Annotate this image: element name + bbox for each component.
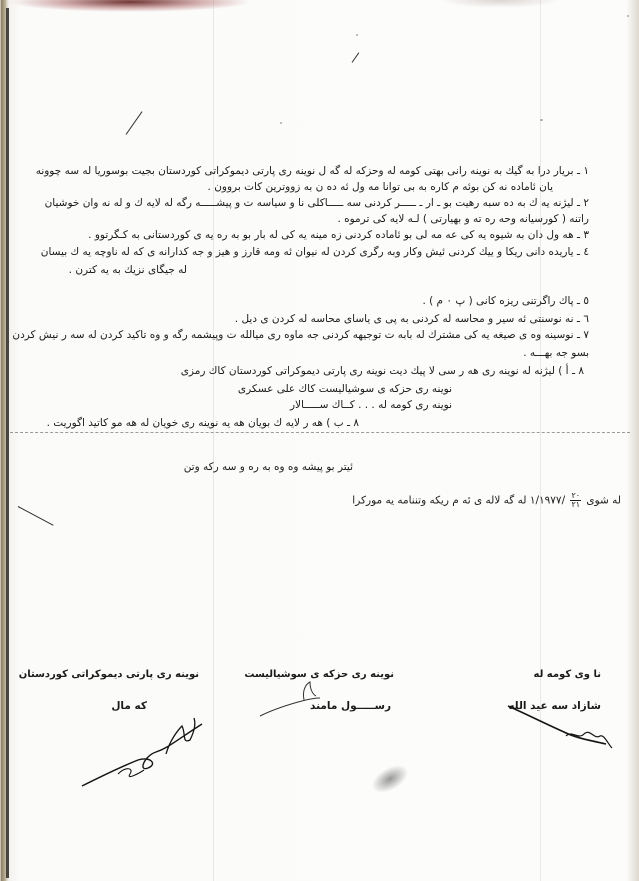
fold-crease	[213, 0, 214, 881]
scan-scratch	[126, 111, 143, 135]
paragraph-5: ٥ ـ پاك راگرتنی ریزه كانی ( پ ٠ م ) .	[422, 296, 589, 307]
paragraph-6: ٦ ـ نه نوسنتی ئه سیر و محاسه له كردنی به…	[235, 314, 589, 325]
fraction-bottom: ٢١	[570, 501, 581, 509]
paragraph-4-line-1: ٤ ـ یاریده دانی ریكا و ییك كردنی ئیش وكا…	[41, 247, 589, 258]
paragraph-7-line-2: بسو جه بهـــه .	[523, 348, 589, 359]
scan-speck	[627, 15, 629, 17]
paragraph-2-line-2: راتنه ( كورسیانه وحه ره ته و بهیارتی ) ل…	[337, 214, 589, 225]
ink-smudge	[367, 759, 413, 798]
handwritten-signature-kdp	[78, 712, 208, 790]
paragraph-8a-line-3: نوینه ری كومه له . . . كــاك ســـــالار	[290, 400, 452, 411]
handwritten-signature-socialist	[258, 678, 328, 718]
paragraph-8b: ٨ ـ ب ) هه ر لایه ك بویان هه یه نوینه ری…	[47, 418, 359, 429]
date-day-fraction: ٢٠ ٢١	[570, 492, 581, 509]
paragraph-2-line-1: ٢ ـ لیژنه یه ك به ده سبه رهیت بو ـ ار ـ …	[45, 198, 589, 209]
scan-speck	[540, 119, 543, 121]
date-suffix: له گه لاله ی ئه م ریكه وتننامه یه موركرا	[352, 495, 526, 507]
paragraph-1-line-1: ١ ـ بریار درا به گیك به نوینه رانی بهتی …	[36, 166, 589, 177]
paragraph-8a-line-1: ٨ ـ أ ) لیژنه له نوینه ری هه ر سی لا پیك…	[181, 366, 584, 377]
page-border-line	[6, 8, 9, 878]
signature-title-kdp: نوینه ری پارتی دیموكراتی كوردستان	[19, 670, 199, 680]
paragraph-8a-line-2: نوینه ری حزكه ی سوشیالیست كاك علی عسكری	[238, 384, 452, 395]
closing-line: ئیتر بو پیشه وه وه به ره و سه ركه وتن	[184, 462, 353, 473]
scanned-document-page: ١ ـ بریار درا به گیك به نوینه رانی بهتی …	[0, 0, 639, 881]
scan-scratch	[352, 52, 360, 62]
date-prefix: له شوی	[586, 495, 621, 507]
fold-crease-horizontal	[10, 432, 630, 434]
scan-speck	[280, 122, 282, 124]
handwritten-signature-komala	[506, 700, 614, 752]
scan-speck	[356, 34, 358, 36]
scan-scratch	[18, 506, 54, 526]
paragraph-4-line-2: له جیگای نزیك به یه كترن .	[69, 265, 187, 276]
paragraph-3: ٣ ـ هه ول دان به شیوه یه كی عه مه لی بو …	[88, 230, 589, 241]
paragraph-1-line-2: یان ئاماده نه كن بوئه م كاره به بی توانا…	[208, 182, 553, 193]
signature-name-kdp: كه مال	[111, 701, 147, 712]
date-value: /١/١٩٧٧	[530, 495, 565, 507]
date-line: له شوی ٢٠ ٢١ /١/١٩٧٧ له گه لاله ی ئه م ر…	[352, 492, 621, 509]
paragraph-7-line-1: ٧ ـ نوسینه وه ی صیغه یه كی مشترك له بابه…	[12, 330, 589, 341]
signature-title-komala: نا وی كومه له	[534, 670, 602, 680]
